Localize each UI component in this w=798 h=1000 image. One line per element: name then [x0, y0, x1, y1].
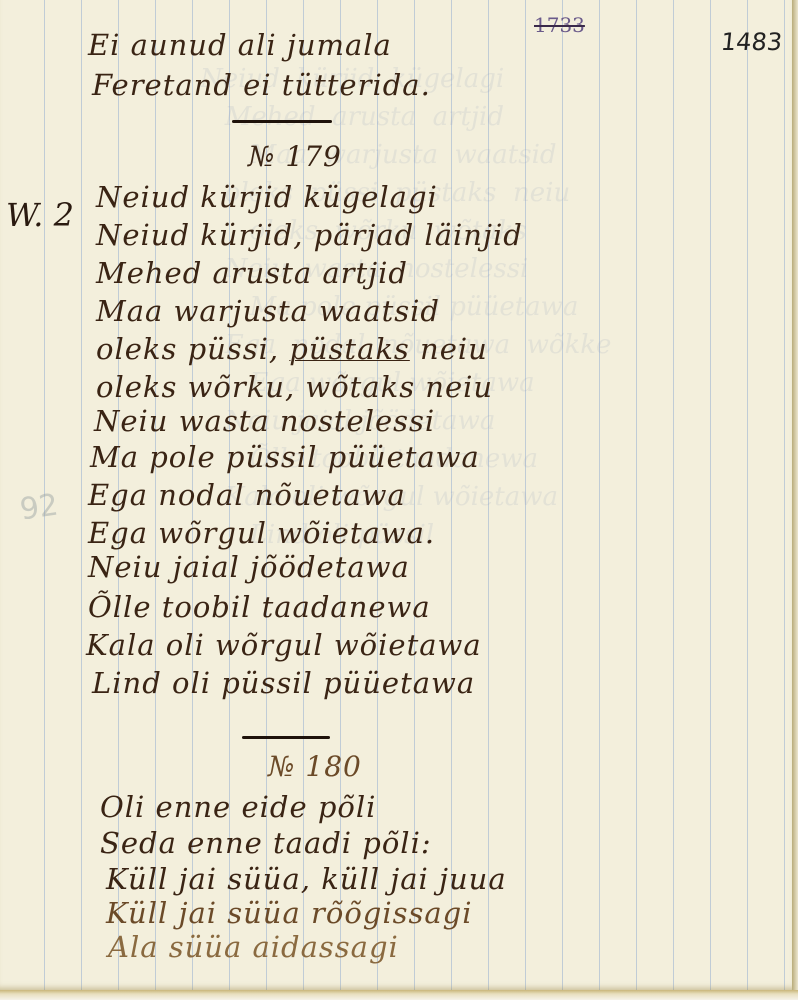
song-line: Ega wõrgul wõietawa.	[88, 516, 435, 550]
song-line: Küll jai süüa, küll jai juua	[106, 862, 507, 896]
song-line: Neiud kürjid kügelagi	[96, 180, 438, 214]
song-line: Seda enne taadi põli:	[100, 826, 432, 860]
manuscript-page: Neiud kürjid kügelagi Mehed arusta artji…	[0, 0, 794, 993]
song-line: oleks püssi, püstaks neiu	[96, 332, 488, 366]
song-line: Oli enne eide põli	[100, 790, 376, 824]
song-line: Küll jai süüa rõõgissagi	[106, 896, 473, 930]
page-edge-right	[792, 0, 798, 1000]
song-line: Lind oli püssil püüetawa	[92, 666, 475, 700]
song-number: № 179	[248, 140, 342, 173]
page-number: 1483	[720, 28, 784, 56]
section-divider	[232, 120, 332, 123]
song-line: Neiu jaial jõödetawa	[88, 550, 410, 584]
song-line: Ma pole püssil püüetawa	[90, 440, 480, 474]
song-line: oleks wõrku, wõtaks neiu	[96, 370, 493, 404]
pencil-note: 92	[18, 488, 61, 528]
underlined-word: püstaks	[289, 332, 410, 366]
song-line: Ala süüa aidassagi	[108, 930, 399, 964]
song-line: Kala oli wõrgul wõietawa	[86, 628, 482, 662]
song-line-part: oleks püssi,	[96, 332, 289, 366]
song-line: Mehed arusta artjid	[96, 256, 408, 290]
struck-page-number: 1733	[534, 13, 585, 37]
continuation-line: Ei aunud ali jumala	[88, 28, 392, 62]
song-line: Ega nodal nõuetawa	[88, 478, 406, 512]
song-line: Maa warjusta waatsid	[96, 294, 440, 328]
song-line: Õlle toobil taadanewa	[88, 590, 431, 624]
page-edge-bottom	[0, 990, 798, 1000]
continuation-line: Feretand ei tütterida.	[92, 68, 431, 102]
song-line: Neiud kürjid, pärjad läinjid	[96, 218, 523, 252]
song-line-part: neiu	[410, 332, 488, 366]
section-divider	[242, 736, 330, 739]
margin-note: W. 2	[6, 196, 74, 234]
song-number: № 180	[268, 750, 362, 783]
song-line: Neiu wasta nostelessi	[94, 404, 435, 438]
